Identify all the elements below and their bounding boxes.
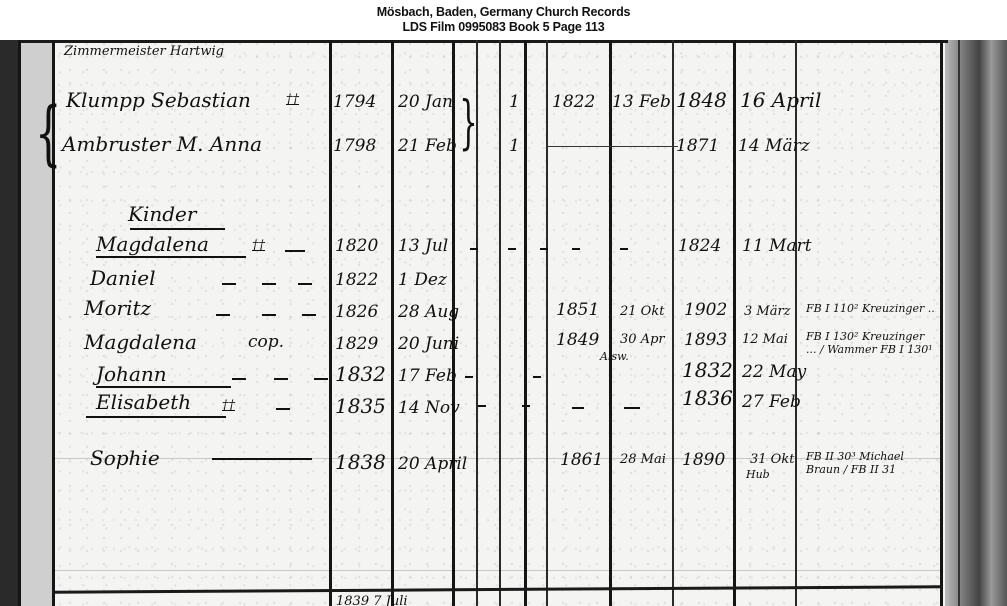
column-rule <box>733 40 736 606</box>
children-label-underline <box>130 228 225 230</box>
dash <box>274 378 288 380</box>
mother-name: Ambruster M. Anna <box>62 132 262 156</box>
column-rule <box>329 40 332 606</box>
mother-death-date: 14 März <box>738 136 810 156</box>
dash <box>216 314 230 316</box>
child-death-date: 11 Mart <box>742 236 812 256</box>
child-death-date: 12 Mai <box>742 332 788 347</box>
child-birth-date: 14 Nov <box>398 398 460 418</box>
film-reference: LDS Film 0995083 Book 5 Page 113 <box>0 20 1007 34</box>
marriage-dash <box>548 146 678 147</box>
dash <box>314 378 328 380</box>
child-death-year: 1836 <box>682 386 733 410</box>
marriage-date: 13 Feb <box>612 92 671 112</box>
column-rule <box>958 40 960 606</box>
name-underline <box>86 416 226 418</box>
child-name: Johann <box>96 362 167 386</box>
child-death-date: 3 März <box>744 304 791 319</box>
column-rule <box>524 40 527 606</box>
marriage-brace: { <box>35 92 62 174</box>
dash <box>212 458 312 460</box>
marriage-year: 1822 <box>552 92 595 112</box>
column-rule <box>499 40 501 606</box>
deceased-mark: †† <box>222 398 235 413</box>
father-death-year: 1848 <box>676 88 727 112</box>
child-marriage-date: 21 Okt <box>620 304 664 319</box>
child-name: Elisabeth <box>96 390 191 414</box>
paper-texture <box>0 40 1007 606</box>
child-marriage-year: 1861 <box>560 450 603 470</box>
name-underline <box>96 256 246 258</box>
child-birth-date: 20 Juni <box>398 334 459 354</box>
father-death-date: 16 April <box>740 88 821 112</box>
dash <box>620 248 628 250</box>
father-count: 1 <box>509 92 520 112</box>
column-rule <box>452 40 455 606</box>
page-header: Mösbach, Baden, Germany Church Records L… <box>0 0 1007 40</box>
dash <box>298 283 312 285</box>
dash <box>572 407 584 409</box>
deceased-mark: †† <box>252 238 265 253</box>
child-death-year: 1832 <box>682 358 733 382</box>
mother-death-year: 1871 <box>676 136 719 156</box>
marriage-brace: } <box>459 88 477 156</box>
child-death-year: 1893 <box>684 330 727 350</box>
column-rule <box>18 40 21 606</box>
child-birth-year: 1822 <box>335 270 378 290</box>
child-death-date: 31 Okt <box>750 452 794 467</box>
dash <box>478 405 486 407</box>
child-name: Magdalena <box>84 330 197 354</box>
copulated-mark: cop. <box>248 332 284 352</box>
family-book-note: FB I 130² Kreuzinger ... / Wammer FB I 1… <box>806 330 936 356</box>
dash <box>572 248 580 250</box>
dash <box>285 250 305 252</box>
child-birth-date: 20 April <box>398 454 467 474</box>
deceased-mark: †† <box>286 92 299 107</box>
child-death-date: 22 May <box>742 362 806 382</box>
child-birth-year: 1826 <box>335 302 378 322</box>
column-rule <box>672 40 674 606</box>
dash <box>470 248 478 250</box>
child-death-place: Hub <box>746 468 770 481</box>
children-label: Kinder <box>128 202 196 226</box>
page-binding-edge <box>0 40 18 606</box>
father-name: Klumpp Sebastian <box>66 88 251 112</box>
child-marriage-year: 1851 <box>556 300 599 320</box>
dash <box>540 248 548 250</box>
dash <box>302 314 316 316</box>
child-name: Daniel <box>90 266 155 290</box>
mother-count: 1 <box>509 136 520 156</box>
child-death-year: 1824 <box>678 236 721 256</box>
mother-birth-year: 1798 <box>333 136 376 156</box>
child-death-year: 1902 <box>684 300 727 320</box>
child-death-date: 27 Feb <box>742 392 801 412</box>
column-rule <box>609 40 612 606</box>
guide-rule <box>52 570 942 571</box>
dash <box>232 378 246 380</box>
column-rule <box>546 40 548 606</box>
dash <box>533 376 541 378</box>
top-rule <box>18 40 948 43</box>
child-name: Magdalena <box>96 232 209 256</box>
column-rule <box>795 40 797 606</box>
family-book-note: FB I 110² Kreuzinger ... <box>806 302 936 315</box>
child-birth-date: 28 Aug <box>398 302 459 322</box>
child-death-year: 1890 <box>682 450 725 470</box>
child-marriage-date: 28 Mai <box>620 452 666 467</box>
child-birth-date: 13 Jul <box>398 236 448 256</box>
dash <box>262 283 276 285</box>
child-birth-date: 1 Dez <box>398 270 447 290</box>
family-book-note: FB II 30³ Michael Braun / FB II 31 <box>806 450 938 476</box>
child-name: Sophie <box>90 446 160 470</box>
child-name: Moritz <box>84 296 151 320</box>
name-underline <box>96 386 231 388</box>
father-birth-date: 20 Jan <box>398 92 453 112</box>
page-gutter-shadow <box>945 40 1007 606</box>
dash <box>465 376 473 378</box>
occupation-heading: Zimmermeister Hartwig <box>64 44 224 59</box>
dash <box>262 314 276 316</box>
dash <box>522 405 530 407</box>
child-birth-year: 1832 <box>335 362 386 386</box>
dash <box>222 283 236 285</box>
dash <box>624 407 640 409</box>
child-birth-year: 1838 <box>335 450 386 474</box>
father-birth-year: 1794 <box>333 92 376 112</box>
next-entry-partial: 1839 7 Juli <box>336 594 408 606</box>
scanned-register-page: Zimmermeister Hartwig { } Klumpp Sebasti… <box>0 40 1007 606</box>
record-source-title: Mösbach, Baden, Germany Church Records <box>0 5 1007 19</box>
dash <box>276 408 290 410</box>
child-marriage-place: Alsw. <box>600 350 629 363</box>
dash <box>508 248 516 250</box>
child-birth-year: 1820 <box>335 236 378 256</box>
child-birth-date: 17 Feb <box>398 366 457 386</box>
child-marriage-date: 30 Apr <box>620 332 665 347</box>
child-birth-year: 1835 <box>335 394 386 418</box>
mother-birth-date: 21 Feb <box>398 136 457 156</box>
column-rule <box>940 40 943 606</box>
child-birth-year: 1829 <box>335 334 378 354</box>
column-rule <box>391 40 394 606</box>
child-marriage-year: 1849 <box>556 330 599 350</box>
